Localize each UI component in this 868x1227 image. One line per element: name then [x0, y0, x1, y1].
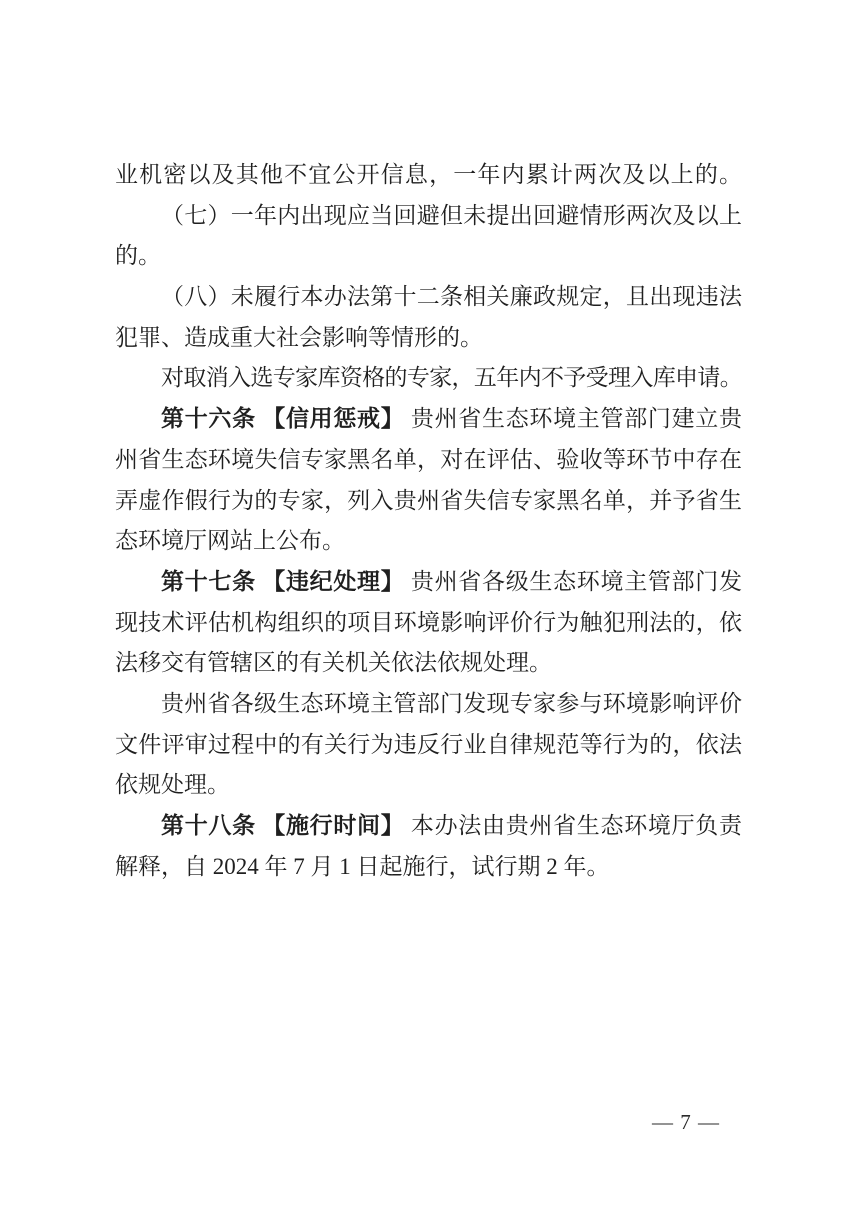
- text-line: 业机密以及其他不宜公开信息，一年内累计两次及以上的。: [115, 155, 742, 196]
- body-text: （八）未履行本办法第十二条相关廉政规定，且出现违法: [161, 284, 742, 309]
- body-text: 弄虚作假行为的专家，列入贵州省失信专家黑名单，并予省生: [115, 488, 742, 513]
- page-number: — 7 —: [652, 1109, 720, 1135]
- body-text: 的。: [115, 243, 161, 268]
- text-block: 业机密以及其他不宜公开信息，一年内累计两次及以上的。（七）一年内出现应当回避但未…: [115, 155, 742, 887]
- body-text: 犯罪、造成重大社会影响等情形的。: [115, 325, 483, 350]
- article-heading: 第十七条 【违纪处理】: [161, 569, 404, 594]
- text-line: 解释，自 2024 年 7 月 1 日起施行，试行期 2 年。: [115, 847, 742, 888]
- body-text: 解释，自 2024 年 7 月 1 日起施行，试行期 2 年。: [115, 854, 610, 879]
- body-text: 法移交有管辖区的有关机关依法依规处理。: [115, 650, 552, 675]
- article-heading: 第十八条 【施行时间】: [161, 813, 404, 838]
- body-text: 文件评审过程中的有关行为违反行业自律规范等行为的，依法: [115, 732, 742, 757]
- text-line: 州省生态环境失信专家黑名单，对在评估、验收等环节中存在: [115, 440, 742, 481]
- body-text: 贵州省生态环境主管部门建立贵: [404, 406, 742, 431]
- body-text: 贵州省各级生态环境主管部门发现专家参与环境影响评价: [161, 691, 742, 716]
- body-text: 态环境厅网站上公布。: [115, 528, 345, 553]
- text-line: 对取消入选专家库资格的专家，五年内不予受理入库申请。: [115, 358, 742, 399]
- body-text: 对取消入选专家库资格的专家，五年内不予受理入库申请。: [161, 365, 742, 390]
- body-text: 本办法由贵州省生态环境厅负责: [404, 813, 742, 838]
- text-line: （八）未履行本办法第十二条相关廉政规定，且出现违法: [115, 277, 742, 318]
- body-text: 现技术评估机构组织的项目环境影响评价行为触犯刑法的，依: [115, 610, 742, 635]
- text-line: 第十八条 【施行时间】 本办法由贵州省生态环境厅负责: [115, 806, 742, 847]
- text-line: 第十六条 【信用惩戒】 贵州省生态环境主管部门建立贵: [115, 399, 742, 440]
- body-text: 贵州省各级生态环境主管部门发: [404, 569, 742, 594]
- text-line: 弄虚作假行为的专家，列入贵州省失信专家黑名单，并予省生: [115, 481, 742, 522]
- text-line: 法移交有管辖区的有关机关依法依规处理。: [115, 643, 742, 684]
- text-line: 犯罪、造成重大社会影响等情形的。: [115, 318, 742, 359]
- text-line: 第十七条 【违纪处理】 贵州省各级生态环境主管部门发: [115, 562, 742, 603]
- text-line: （七）一年内出现应当回避但未提出回避情形两次及以上: [115, 196, 742, 237]
- article-heading: 第十六条 【信用惩戒】: [161, 406, 404, 431]
- body-text: 州省生态环境失信专家黑名单，对在评估、验收等环节中存在: [115, 447, 742, 472]
- text-line: 态环境厅网站上公布。: [115, 521, 742, 562]
- body-text: 依规处理。: [115, 772, 230, 797]
- text-line: 依规处理。: [115, 765, 742, 806]
- text-line: 文件评审过程中的有关行为违反行业自律规范等行为的，依法: [115, 725, 742, 766]
- body-text: （七）一年内出现应当回避但未提出回避情形两次及以上: [161, 203, 742, 228]
- page: 业机密以及其他不宜公开信息，一年内累计两次及以上的。（七）一年内出现应当回避但未…: [0, 0, 868, 1227]
- text-line: 现技术评估机构组织的项目环境影响评价行为触犯刑法的，依: [115, 603, 742, 644]
- text-line: 贵州省各级生态环境主管部门发现专家参与环境影响评价: [115, 684, 742, 725]
- body-text: 业机密以及其他不宜公开信息，一年内累计两次及以上的。: [115, 162, 742, 187]
- text-line: 的。: [115, 236, 742, 277]
